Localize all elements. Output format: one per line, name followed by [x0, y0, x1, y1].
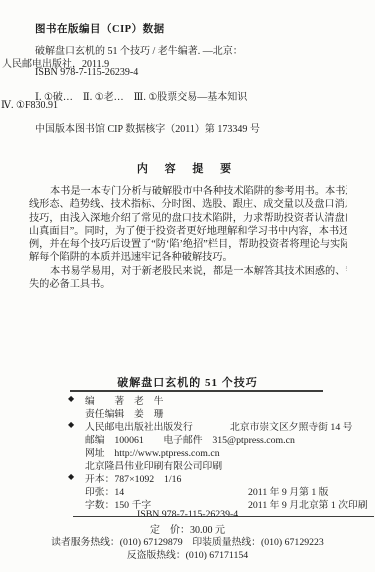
diamond-bullet-icon: ◆	[68, 394, 74, 403]
cip-heading: 图书在版编目（CIP）数据	[35, 21, 165, 36]
diamond-bullet-icon: ◆	[68, 420, 74, 429]
abstract-line: 本书是一本专门分析与破解股市中各种技术陷阱的参考用书。本书通过 K 线组合、K	[29, 185, 347, 198]
diamond-bullet-icon: ◆	[68, 472, 74, 481]
cip-isbn: ISBN 978-7-115-26239-4	[35, 67, 138, 78]
price-divider-rule	[73, 516, 374, 517]
editor-row: ◆ 编 著 老 牛	[0, 393, 375, 406]
antipiracy-hotline-line: 反盗版热线：(010) 67171154	[0, 547, 375, 561]
printer-label: 北京隆昌伟业印刷有限公司印刷	[85, 458, 222, 472]
edition-date: 2011 年 9 月第 1 版	[248, 484, 328, 498]
abstract-line: 线形态、趋势线、技术指标、分时图、选股、跟庄、成交量以及盘口消息 9 个方面的 …	[29, 198, 347, 211]
printer-row: 北京隆昌伟业印刷有限公司印刷	[0, 458, 375, 471]
publisher-row: ◆ 人民邮电出版社出版发行 北京市崇文区夕照寺街 14 号	[0, 419, 375, 432]
duty-editor-row: 责任编辑 姜 珊	[0, 406, 375, 419]
abstract-line: 例，并在每个技巧后设置了“防‘陷’绝招”栏目，帮助投资者将理论与实际相结合，理	[29, 238, 347, 251]
abstract-heading: 内 容 提 要	[0, 160, 375, 176]
format-label: 开本：787×1092 1/16	[85, 471, 181, 485]
website-row: 网址 http://www.ptpress.com.cn	[0, 445, 375, 458]
postcode-email-label: 邮编 100061 电子邮件 315@ptpress.com.cn	[85, 432, 295, 446]
cip-registry-number: 中国版本图书馆 CIP 数据核字（2011）第 173349 号	[35, 120, 260, 135]
publisher-address: 北京市崇文区夕照寺街 14 号	[230, 419, 352, 433]
publisher-label: 人民邮电出版社出版发行	[85, 419, 193, 433]
sheets-row: 印张：14 2011 年 9 月第 1 版	[0, 484, 375, 497]
abstract-line: 山真面目”。同时，为了便于投资者更好地理解和学习书中内容，本书还列举了大量的案	[29, 225, 347, 238]
website-label: 网址 http://www.ptpress.com.cn	[85, 445, 220, 459]
service-hotline-line: 读者服务热线：(010) 67129879 印装质量热线：(010) 67129…	[0, 534, 375, 548]
copyright-page: 图书在版编目（CIP）数据 破解盘口玄机的 51 个技巧 / 老牛编著. —北京…	[0, 0, 375, 572]
sheets-label: 印张：14	[85, 484, 124, 498]
isbn-number: ISBN 978-7-115-26239-4	[137, 509, 238, 520]
abstract-line: 失的必备工具书。	[29, 278, 347, 291]
duty-editor-label: 责任编辑 姜 珊	[85, 406, 163, 420]
book-title: 破解盘口玄机的 51 个技巧	[0, 374, 375, 390]
title-divider-rule	[70, 390, 323, 392]
cip-classification-line1: Ⅰ. ①破… Ⅱ. ①老… Ⅲ. ①股票交易—基本知识	[35, 88, 247, 103]
abstract-line: 本书易学易用，对于新老股民来说，都是一本解答其技术困惑的、帮助其避免不必要损	[29, 265, 347, 278]
abstract-line: 解每个陷阱的本质并迅速牢记各种破解技巧。	[29, 251, 347, 264]
editor-label: 编 著 老 牛	[85, 393, 163, 407]
abstract-line: 技巧，由浅入深地介绍了常见的盘口技术陷阱，力求帮助投资者认清盘口技术现象的“庐	[29, 212, 347, 225]
abstract-body: 本书是一本专门分析与破解股市中各种技术陷阱的参考用书。本书通过 K 线组合、K …	[29, 185, 347, 291]
postcode-email-row: 邮编 100061 电子邮件 315@ptpress.com.cn	[0, 432, 375, 445]
cip-classification-line2: Ⅳ. ①F830.91	[1, 100, 58, 111]
format-row: ◆ 开本：787×1092 1/16	[0, 471, 375, 484]
